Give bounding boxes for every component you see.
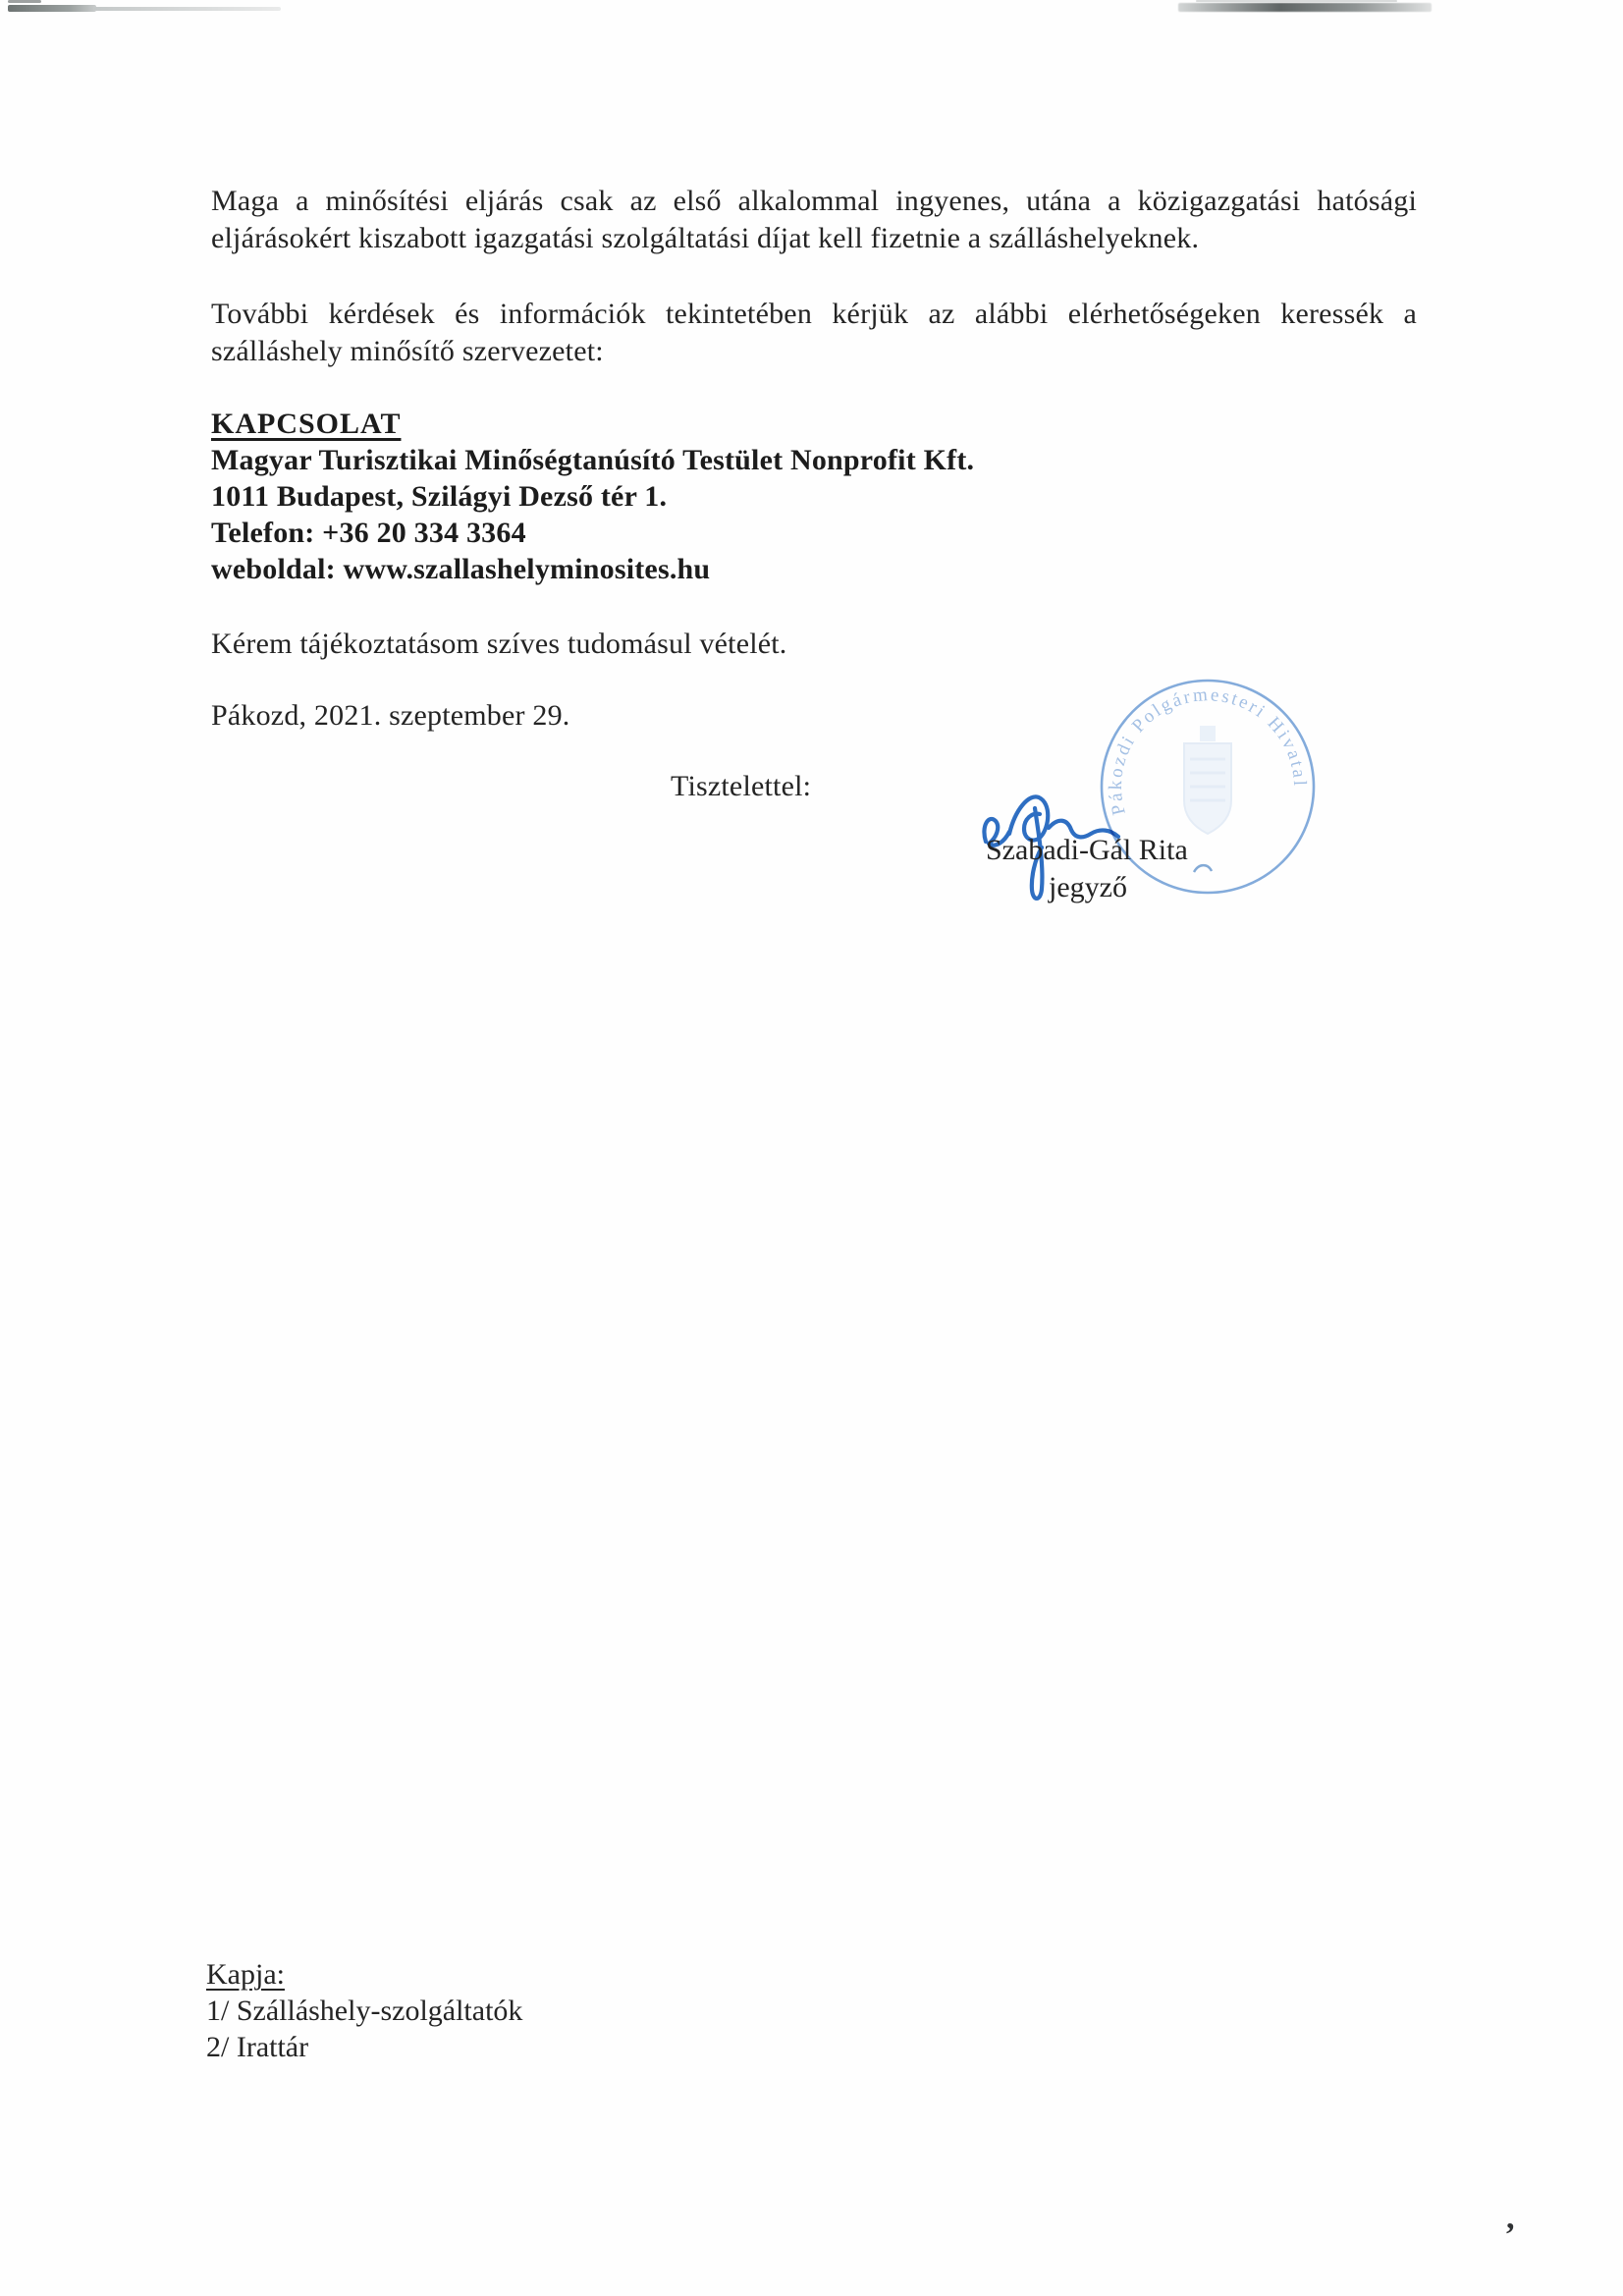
scan-streak-top-left-2 <box>8 5 96 12</box>
scanned-letter-page: Maga a minősítési eljárás csak az első a… <box>0 0 1623 2296</box>
signer-title: jegyző <box>1049 871 1127 904</box>
contact-address: 1011 Budapest, Szilágyi Dezső tér 1. <box>211 478 1417 515</box>
contact-block: KAPCSOLAT Magyar Turisztikai Minőségtanú… <box>211 406 1417 587</box>
scan-streak-top-left-1 <box>8 0 41 3</box>
paragraph-further-questions: További kérdések és információk tekintet… <box>211 296 1417 370</box>
signer-name: Szabadi-Gál Rita <box>986 834 1188 867</box>
scan-streak-top-right-1 <box>1196 0 1397 2</box>
scan-streak-top-left-3 <box>94 7 281 11</box>
scan-streak-top-right-2 <box>1178 3 1432 12</box>
paragraph-fee-info: Maga a minősítési eljárás csak az első a… <box>211 183 1417 257</box>
distribution-block: Kapja: 1/ Szálláshely-szolgáltatók 2/ Ir… <box>206 1956 522 2065</box>
distribution-item-2: 2/ Irattár <box>206 2029 522 2065</box>
distribution-item-1: 1/ Szálláshely-szolgáltatók <box>206 1993 522 2029</box>
contact-organization: Magyar Turisztikai Minőségtanúsító Testü… <box>211 442 1417 478</box>
acknowledgement-line: Kérem tájékoztatásom szíves tudomásul vé… <box>211 626 1417 663</box>
stray-comma-mark: , <box>1506 2200 1515 2237</box>
contact-heading: KAPCSOLAT <box>211 406 401 442</box>
stamp-coat-of-arms <box>1184 726 1231 834</box>
contact-phone: Telefon: +36 20 334 3364 <box>211 515 1417 551</box>
contact-website: weboldal: www.szallashelyminosites.hu <box>211 551 1417 587</box>
distribution-heading: Kapja: <box>206 1956 285 1993</box>
